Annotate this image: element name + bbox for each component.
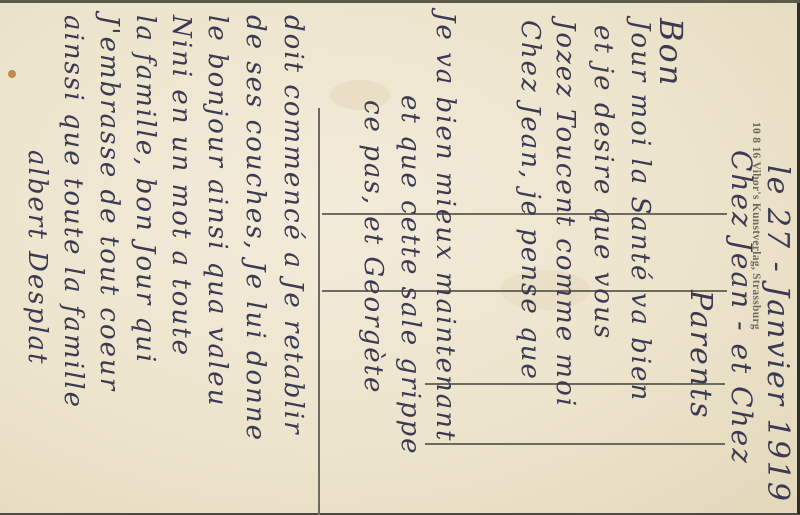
- handwritten-line: Bon: [690, 0, 730, 515]
- handwritten-line: le bonjour ainsi qua valeu: [232, 0, 272, 515]
- address-line-1: Chez Jean - et Chez: [758, 0, 798, 515]
- handwritten-line: Chez Jean, je pense que: [545, 0, 585, 515]
- postcard-back: 10 8 16 Vibor's Kunstverlag, Strassburg …: [0, 0, 800, 515]
- handwritten-line: J'embrasse de tout coeur: [124, 0, 164, 515]
- handwritten-line: Nini en un mot a toute: [196, 0, 236, 515]
- handwritten-line: et je desire que vous: [618, 0, 658, 515]
- handwritten-line: la famille, bon Jour qui: [160, 0, 200, 515]
- handwritten-line: et que cette sale grippe: [425, 0, 465, 515]
- handwritten-line: ainssi que toute la famille: [88, 0, 128, 515]
- signature: albert Desplat: [52, 0, 92, 515]
- handwritten-line: Je va bien mieux maintenant: [460, 0, 500, 515]
- handwritten-line: ce pas, et Georgète: [388, 0, 428, 515]
- handwritten-line: de ses couches, Je lui donne: [270, 0, 310, 515]
- handwritten-line: Jour moi la Santé va bien: [655, 0, 695, 515]
- stain-spot: [8, 70, 16, 78]
- handwritten-line: Jozez Toucent comme moi: [580, 0, 620, 515]
- handwritten-line: doit commencé a Je retablir: [308, 0, 348, 515]
